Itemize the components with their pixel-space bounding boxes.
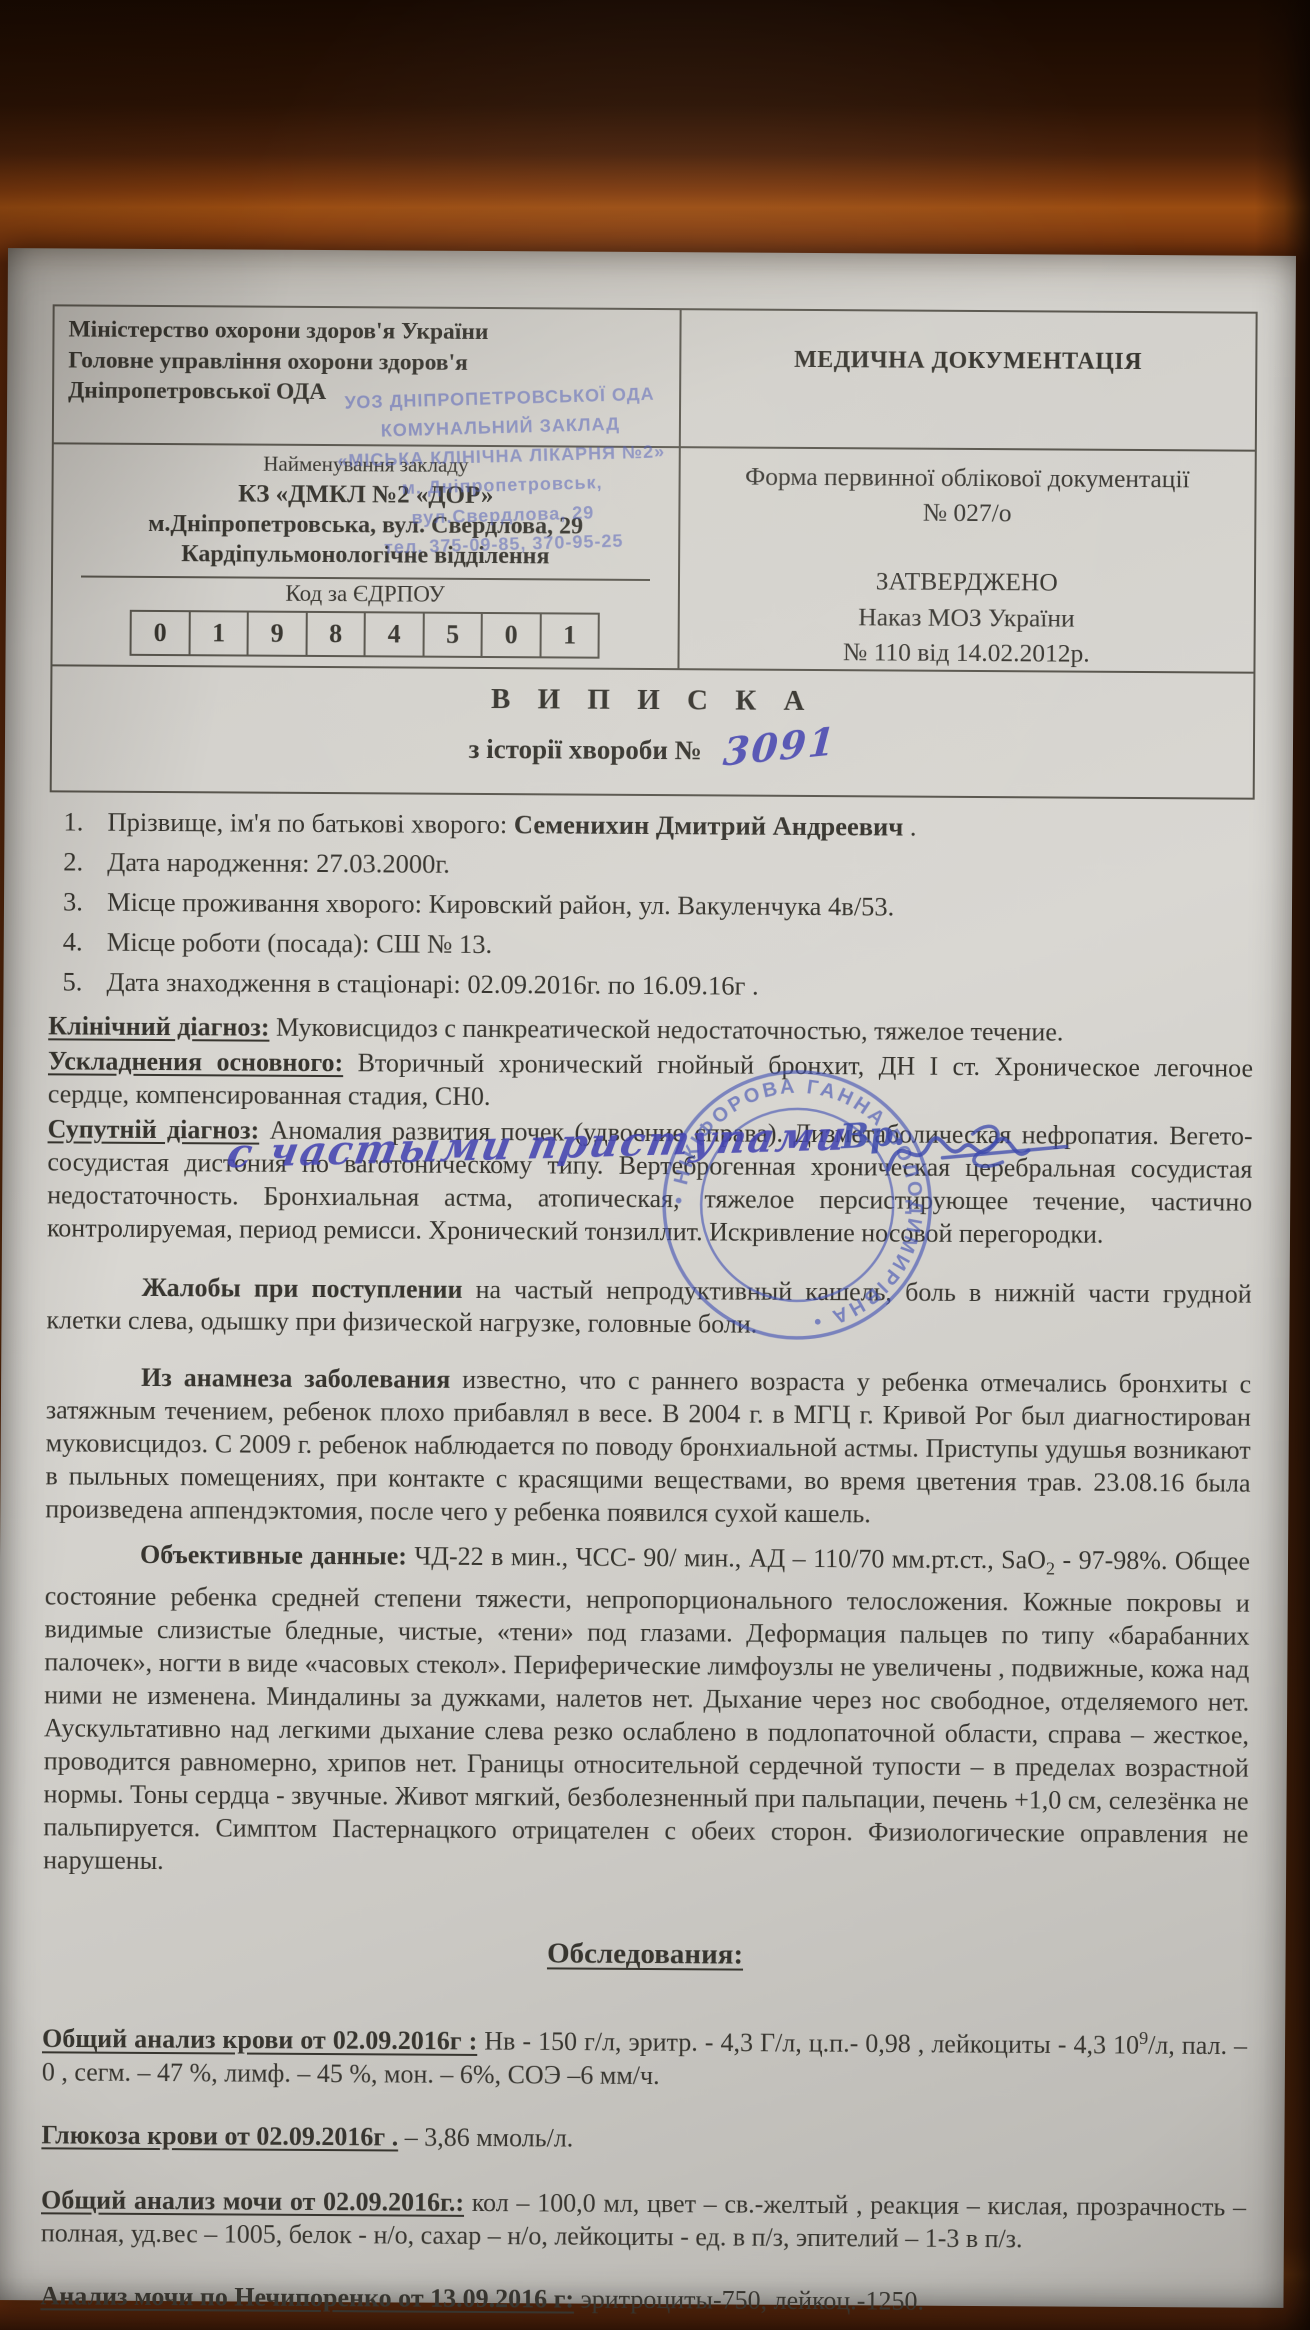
- list-item: 4.Місце роботи (посада): СШ № 13.: [63, 926, 1254, 964]
- edrpou-digit-boxes: 0 1 9 8 4 5 0 1: [130, 610, 600, 659]
- item-number: 5.: [62, 966, 106, 997]
- item-value: СШ № 13.: [376, 928, 492, 959]
- edrpou-digit: 0: [481, 612, 542, 658]
- nechiporenko-label: Анализ мочи по Нечипоренко от 13.09.2016…: [40, 2281, 574, 2313]
- cbc-label: Общий анализ крови от 02.09.2016г :: [42, 2024, 477, 2056]
- objective-paragraph: Объективные данные: ЧД-22 в мин., ЧСС- 9…: [43, 1537, 1250, 1884]
- approved-order: № 110 від 14.02.2012р.: [679, 633, 1254, 672]
- vypyska-title-block: В И П И С К А з історії хвороби № 3091: [52, 664, 1254, 797]
- urinalysis-label: Общий анализ мочи от 02.09.2016г.:: [41, 2185, 464, 2217]
- glucose-result: Глюкоза крови от 02.09.2016г . – 3,86 мм…: [41, 2118, 1246, 2158]
- subtitle-text: з історії хвороби №: [469, 734, 702, 765]
- edrpou-digit: 9: [247, 611, 308, 657]
- facility-address: м.Дніпропетровська, вул. Свердлова, 29: [63, 510, 668, 541]
- facility-caption: Найменування закладу: [64, 450, 669, 479]
- ministry-line: Головне управління охорони здоров'я: [68, 345, 665, 379]
- complication-diagnosis: Ускладнения основного: Вторичный хрониче…: [48, 1044, 1253, 1117]
- item-label: Місце проживання хворого:: [107, 887, 429, 919]
- spacer: [680, 529, 1255, 567]
- item-value: 02.09.2016г. по 16.09.16г .: [467, 969, 758, 1001]
- patient-info-list: 1.Прізвище, ім'я по батькові хворого: Се…: [62, 806, 1254, 1004]
- clinical-diagnosis: Клінічний діагноз: Муковисцидоз с панкре…: [48, 1009, 1253, 1049]
- diagnosis-label: Клінічний діагноз:: [48, 1011, 269, 1041]
- approved-label: ЗАТВЕРДЖЕНО: [679, 563, 1254, 602]
- item-label: Дата знаходження в стаціонарі:: [106, 967, 467, 999]
- diagnosis-label: Ускладнения основного:: [48, 1046, 343, 1077]
- form-number: № 027/о: [680, 493, 1255, 532]
- list-item: 1.Прізвище, ім'я по батькові хворого: Се…: [63, 806, 1254, 844]
- document-paper: Міністерство охорони здоров'я України Го…: [0, 248, 1296, 2308]
- nechiporenko-text: эритроциты-750, лейкоц.-1250.: [574, 2284, 924, 2315]
- anamnesis-paragraph: Из анамнеза заболевания известно, что с …: [45, 1360, 1251, 1532]
- facility-department: Кардіпульмонологічне відділення: [63, 540, 668, 571]
- document-title: В И П И С К А: [52, 680, 1253, 720]
- medical-documentation-label: МЕДИЧНА ДОКУМЕНТАЦІЯ: [678, 310, 1255, 450]
- diagnosis-section: Клінічний діагноз: Муковисцидоз с панкре…: [47, 1009, 1253, 1251]
- complaints-paragraph: Жалобы при поступлении на частый непроду…: [46, 1270, 1251, 1343]
- item-value: Кировский район, ул. Вакуленчука 4в/53.: [429, 889, 895, 922]
- item-number: 3.: [63, 886, 107, 917]
- item-label: Прізвище, ім'я по батькові хворого:: [107, 807, 514, 839]
- examinations-heading: Обследования:: [43, 1934, 1248, 1974]
- edrpou-digit: 1: [188, 610, 249, 656]
- objective-text: ЧД-22 в мин., ЧСС- 90/ мин., АД – 110/70…: [407, 1541, 1046, 1574]
- edrpou-digit: 1: [539, 612, 600, 658]
- item-suffix: .: [903, 811, 916, 841]
- facility-name: КЗ «ДМКЛ №2 «ДОР»: [63, 479, 668, 511]
- edrpou-digit: 0: [130, 610, 191, 656]
- facility-block: Найменування закладу КЗ «ДМКЛ №2 «ДОР» м…: [52, 442, 678, 668]
- cbc-text: Нв - 150 г/л, эритр. - 4,3 Г/л, ц.п.- 0,…: [477, 2027, 1139, 2060]
- item-label: Дата народження:: [107, 847, 316, 878]
- diagnosis-text: Муковисцидоз с панкреатической недостато…: [269, 1013, 1063, 1047]
- ministry-line: Міністерство охорони здоров'я України: [68, 314, 665, 348]
- item-label: Місце роботи (посада):: [107, 927, 377, 959]
- complaints-label: Жалобы при поступлении: [142, 1273, 463, 1304]
- objective-text: - 97-98%. Общее состояние ребенка средне…: [43, 1545, 1250, 1875]
- item-number: 4.: [63, 926, 107, 957]
- form-header-table: Міністерство охорони здоров'я України Го…: [50, 304, 1258, 799]
- objective-label: Объективные данные:: [140, 1540, 407, 1571]
- edrpou-label: Код за ЄДРПОУ: [63, 579, 668, 609]
- urinalysis-result: Общий анализ мочи от 02.09.2016г.: кол –…: [41, 2183, 1246, 2256]
- edrpou-digit: 4: [364, 611, 425, 657]
- diagnosis-label: Супутній діагноз:: [48, 1114, 260, 1144]
- edrpou-digit: 5: [422, 612, 483, 658]
- anamnesis-label: Из анамнеза заболевания: [141, 1363, 450, 1394]
- item-number: 2.: [63, 846, 107, 877]
- sao2-subscript: 2: [1046, 1559, 1055, 1579]
- glucose-text: – 3,86 ммоль/л.: [398, 2122, 573, 2152]
- concomitant-diagnosis: Супутній діагноз: Аномалия развития поче…: [47, 1112, 1253, 1251]
- list-item: 3.Місце проживання хворого: Кировский ра…: [63, 886, 1254, 924]
- approved-by: Наказ МОЗ України: [679, 598, 1254, 637]
- ministry-block: Міністерство охорони здоров'я України Го…: [54, 306, 679, 446]
- list-item: 5.Дата знаходження в стаціонарі: 02.09.2…: [62, 966, 1253, 1004]
- edrpou-digit: 8: [305, 611, 366, 657]
- item-value: Семенихин Дмитрий Андреевич: [514, 809, 904, 841]
- item-number: 1.: [63, 806, 107, 837]
- form-caption: Форма первинної облікової документації: [680, 458, 1255, 497]
- list-item: 2.Дата народження: 27.03.2000г.: [63, 846, 1254, 884]
- cbc-result: Общий анализ крови от 02.09.2016г : Нв -…: [42, 2015, 1247, 2095]
- document-subtitle: з історії хвороби № 3091: [52, 719, 1253, 771]
- ministry-line: Дніпропетровської ОДА: [68, 376, 665, 410]
- handwritten-case-number: 3091: [721, 718, 838, 775]
- form-approval-block: Форма первинної облікової документації №…: [677, 446, 1255, 671]
- glucose-label: Глюкоза крови от 02.09.2016г .: [41, 2120, 398, 2151]
- document-content: Міністерство охорони здоров'я України Го…: [0, 304, 1296, 2320]
- item-value: 27.03.2000г.: [316, 848, 450, 879]
- leukocyte-exponent: 9: [1139, 2028, 1148, 2048]
